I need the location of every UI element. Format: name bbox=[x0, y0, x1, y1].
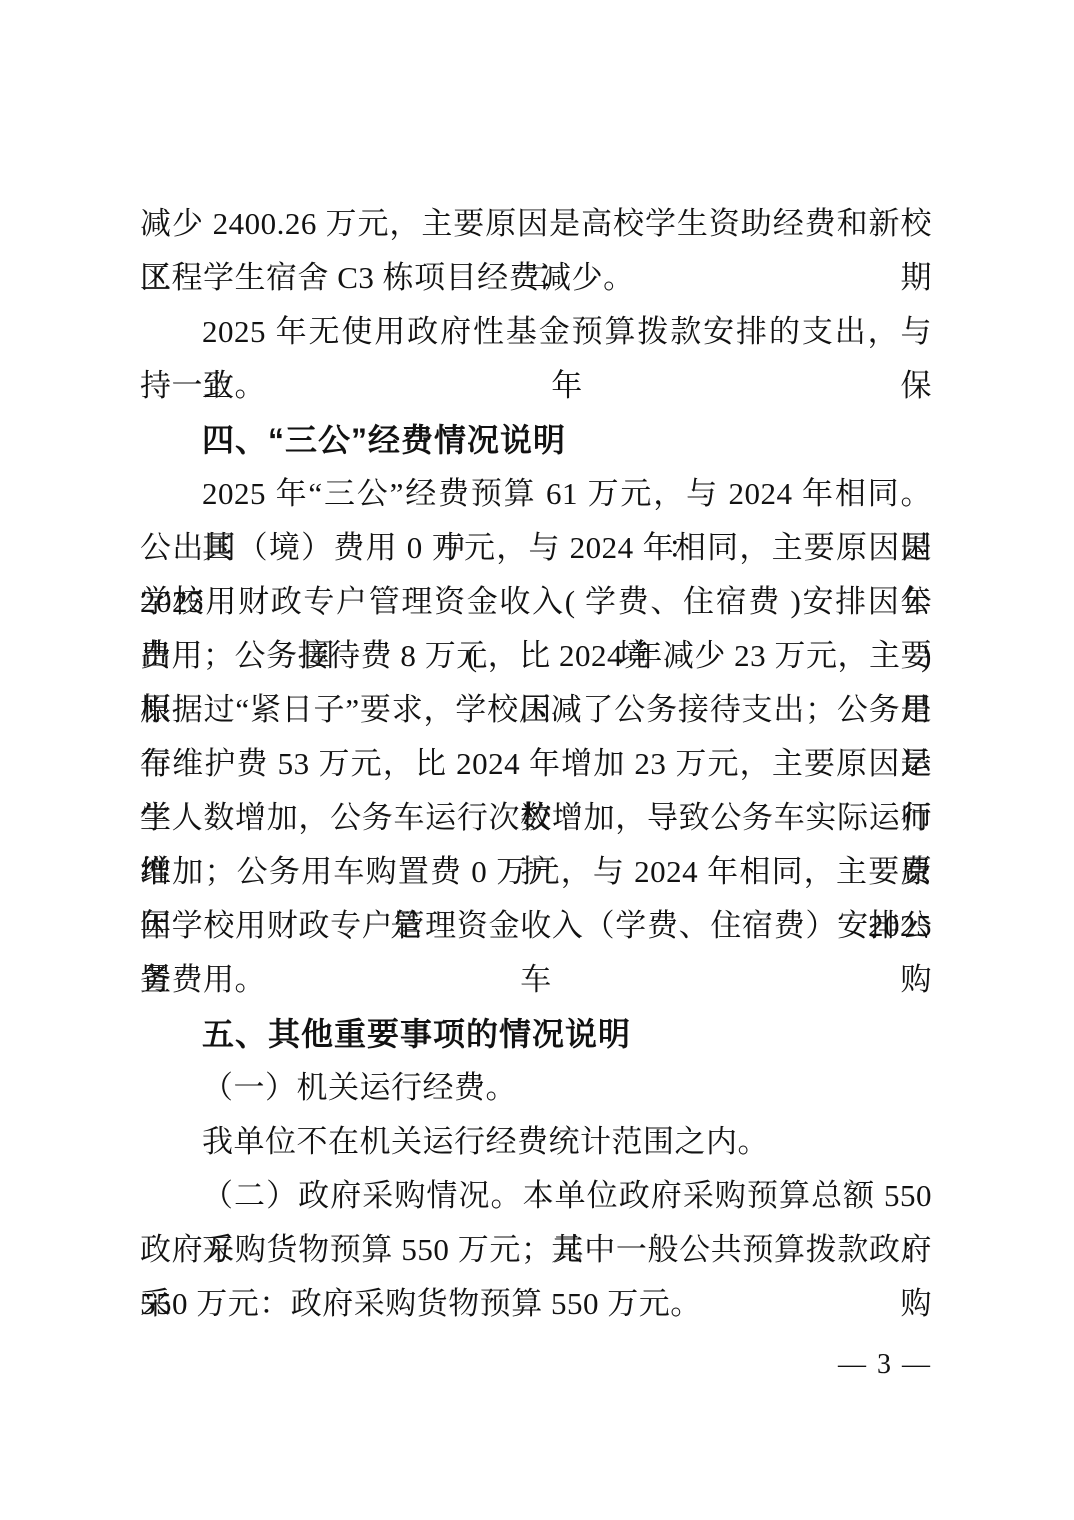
body-text-line: 我单位不在机关运行经费统计范围之内。 bbox=[140, 1115, 932, 1169]
subsection-heading-government-procurement: （二）政府采购情况。本单位政府采购预算总额 550 万元： bbox=[140, 1169, 932, 1223]
body-text-line: 增加；公务用车购置费 0 万元，与 2024 年相同，主要原因是 2025 bbox=[140, 845, 932, 899]
body-text-line: 公出国（境）费用 0 万元，与 2024 年相同，主要原因是 2025 年 bbox=[140, 521, 932, 575]
body-text-line: 2025 年无使用政府性基金预算拨款安排的支出，与上年保 bbox=[140, 305, 932, 359]
body-text-line: 费用；公务接待费 8 万元，比 2024 年减少 23 万元，主要原因是 bbox=[140, 629, 932, 683]
body-text-line: 学校用财政专户管理资金收入( 学费、住宿费 )安排因公出国( 境 ) bbox=[140, 575, 932, 629]
document-page: 减少 2400.26 万元，主要原因是高校学生资助经费和新校区二期 工程学生宿舍… bbox=[0, 0, 1074, 1520]
body-text-line: 根据过“紧日子”要求，学校压减了公务接待支出；公务用车运 bbox=[140, 683, 932, 737]
section-heading-san-gong: 四、“三公”经费情况说明 bbox=[140, 413, 932, 467]
subsection-heading-agency-operating-cost: （一）机关运行经费。 bbox=[140, 1061, 932, 1115]
body-text-line: 年学校用财政专户管理资金收入（学费、住宿费）安排公务车购 bbox=[140, 899, 932, 953]
body-text-line: 2025 年“三公”经费预算 61 万元，与 2024 年相同。其中：因 bbox=[140, 467, 932, 521]
body-text-line: 生人数增加，公务车运行次数增加，导致公务车实际运行维护费 bbox=[140, 791, 932, 845]
page-number: — 3 — bbox=[140, 1348, 932, 1382]
section-heading-other-items: 五、其他重要事项的情况说明 bbox=[140, 1007, 932, 1061]
body-text-line: 减少 2400.26 万元，主要原因是高校学生资助经费和新校区二期 bbox=[140, 197, 932, 251]
body-text-line: 政府采购货物预算 550 万元；其中一般公共预算拨款政府采购 bbox=[140, 1223, 932, 1277]
document-body: 减少 2400.26 万元，主要原因是高校学生资助经费和新校区二期 工程学生宿舍… bbox=[140, 197, 932, 1331]
body-text-line: 行维护费 53 万元，比 2024 年增加 23 万元，主要原因是学校师 bbox=[140, 737, 932, 791]
